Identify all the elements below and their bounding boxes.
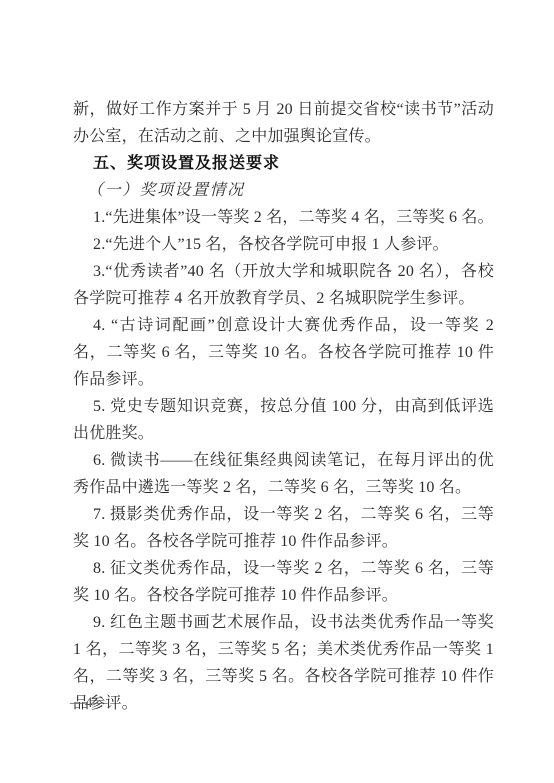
award-item-8-essay-works: 8. 征文类优秀作品，设一等奖 2 名，二等奖 6 名，三等奖 10 名。各校各…	[73, 555, 494, 609]
award-item-6-micro-reading: 6. 微读书——在线征集经典阅读笔记，在每月评出的优秀作品中遴选一等奖 2 名，…	[73, 447, 494, 501]
paragraph-intro: 新，做好工作方案并于 5 月 20 日前提交省校“读书节”活动办公室，在活动之前…	[73, 96, 494, 150]
section-heading-awards: 五、奖项设置及报送要求	[73, 150, 494, 177]
award-item-5-party-history-quiz: 5. 党史专题知识竞赛，按总分值 100 分，由高到低评选出优胜奖。	[73, 393, 494, 447]
award-item-4-poetry-illustration-contest: 4. “古诗词配画”创意设计大赛优秀作品，设一等奖 2 名，二等奖 6 名，三等…	[73, 312, 494, 393]
award-item-2-advanced-individual: 2.“先进个人”15 名，各校各学院可申报 1 人参评。	[73, 231, 494, 258]
page-number: —4—	[70, 693, 108, 713]
document-page: 新，做好工作方案并于 5 月 20 日前提交省校“读书节”活动办公室，在活动之前…	[0, 0, 554, 783]
award-item-7-photography-works: 7. 摄影类优秀作品，设一等奖 2 名，二等奖 6 名，三等奖 10 名。各校各…	[73, 501, 494, 555]
award-item-1-advanced-collective: 1.“先进集体”设一等奖 2 名，二等奖 4 名，三等奖 6 名。	[73, 204, 494, 231]
award-item-9-red-theme-art-exhibition: 9. 红色主题书画艺术展作品，设书法类优秀作品一等奖 1 名，二等奖 3 名，三…	[73, 609, 494, 717]
document-body: 新，做好工作方案并于 5 月 20 日前提交省校“读书节”活动办公室，在活动之前…	[73, 96, 494, 717]
subsection-heading-award-setup: （一）奖项设置情况	[73, 177, 494, 204]
award-item-3-excellent-reader: 3.“优秀读者”40 名（开放大学和城职院各 20 名），各校各学院可推荐 4 …	[73, 258, 494, 312]
